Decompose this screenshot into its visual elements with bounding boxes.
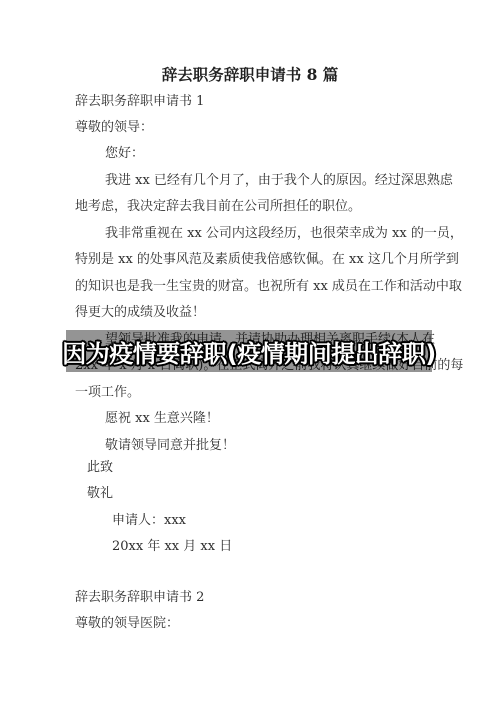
approval-request-line: 敬请领导同意并批复！ [105, 438, 235, 453]
caption-band: 因为疫情要辞职(疫情期间提出辞职) [66, 330, 432, 372]
body-line-2: 地考虑，我决定辞去我目前在公司所担任的职位。 [75, 199, 361, 214]
closing-cizhi: 此致 [87, 460, 113, 475]
greeting-line: 您好： [105, 146, 144, 161]
applicant-signature: 申请人：xxx [112, 513, 186, 528]
body-line-1: 我进 xx 已经有几个月了，由于我个人的原因。经过深思熟虑 [105, 173, 453, 188]
closing-jingli: 敬礼 [87, 486, 113, 501]
wish-line: 愿祝 xx 生意兴隆！ [105, 411, 219, 426]
caption-text: 因为疫情要辞职(疫情期间提出辞职) [62, 334, 435, 369]
document-title: 辞去职务辞职申请书 8 篇 [0, 63, 500, 85]
letter-2-heading: 辞去职务辞职申请书 2 [75, 590, 204, 605]
body-line-9: 一项工作。 [75, 385, 140, 400]
body-line-4: 特别是 xx 的处事风范及素质使我倍感钦佩。在 xx 这几个月所学到 [75, 252, 459, 267]
letter-2-salutation: 尊敬的领导医院： [75, 616, 179, 631]
salutation-line: 尊敬的领导： [75, 120, 153, 135]
body-line-3: 我非常重视在 xx 公司内这段经历，也很荣幸成为 xx 的一员， [105, 226, 463, 241]
signature-date: 20xx 年 xx 月 xx 日 [112, 539, 232, 554]
letter-1-heading: 辞去职务辞职申请书 1 [75, 94, 204, 109]
body-line-5: 的知识也是我一生宝贵的财富。也祝所有 xx 成员在工作和活动中取 [75, 279, 462, 294]
document-page: 辞去职务辞职申请书 8 篇 辞去职务辞职申请书 1 尊敬的领导： 您好： 我进 … [0, 0, 500, 706]
body-line-6: 得更大的成绩及收益！ [75, 305, 205, 320]
